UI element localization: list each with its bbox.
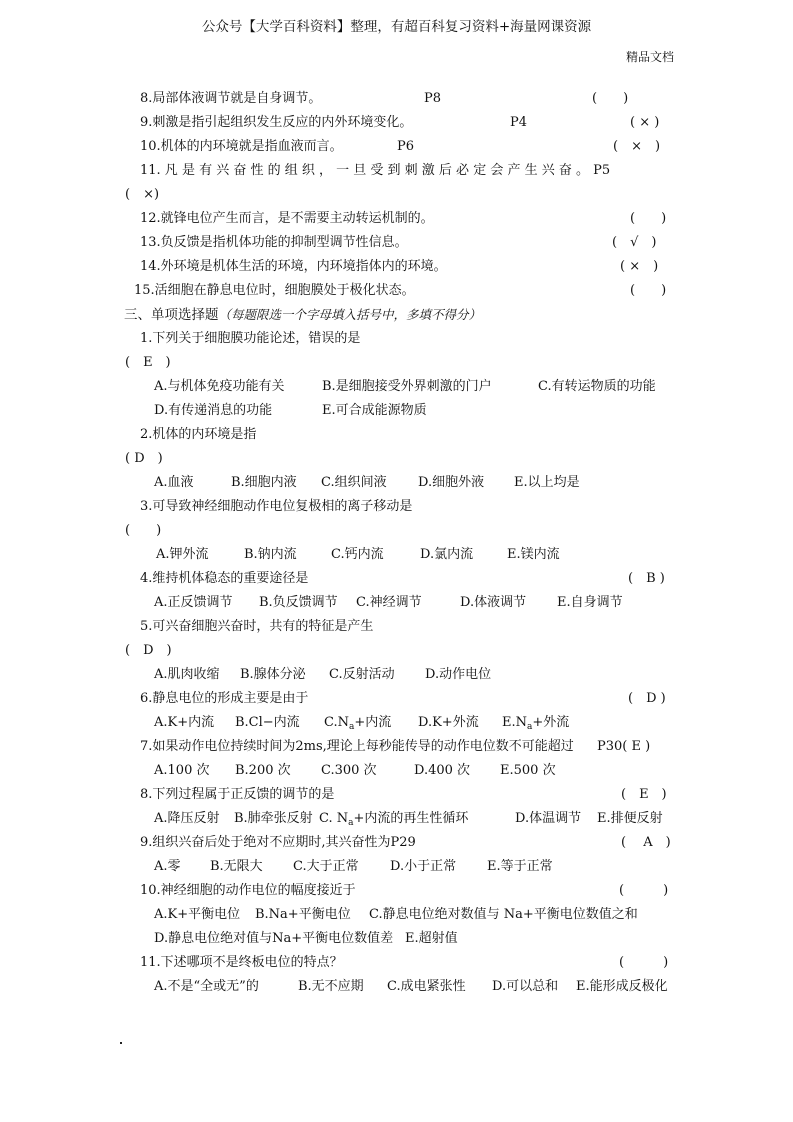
mc-q10-option-a: A.K+平衡电位 — [154, 907, 240, 923]
mc-q4-stem: 4.维持机体稳态的重要途径是 — [140, 571, 308, 587]
mc-q11-option-e: E.能形成反极化 — [576, 979, 668, 995]
mc-q7-stem: 7.如果动作电位持续时间为2ms,理论上每秒能传导的动作电位数不可能超过 — [140, 739, 574, 755]
mc-q4-option-e: E.自身调节 — [557, 595, 623, 611]
mc-q1-option-e: E.可合成能源物质 — [322, 403, 427, 419]
tf-item-15: 15.活细胞在静息电位时，细胞膜处于极化状态。 — [134, 283, 415, 299]
mc-q1-option-c: C.有转运物质的功能 — [538, 379, 656, 395]
mc-q10-option-c: C.静息电位绝对数值与 Na+平衡电位数值之和 — [369, 907, 638, 923]
tf-item-9: 9.刺激是指引起组织发生反应的内外环境变化。 — [140, 115, 412, 131]
mc-q6-option-d: D.K+外流 — [418, 715, 479, 731]
mc-q8-option-a: A.降压反射 — [154, 811, 220, 827]
mc-q8-option-b: B.肺牵张反射 — [234, 811, 313, 827]
mc-q7-option-c: C.300 次 — [321, 763, 377, 779]
mc-q5-answer: ( D ) — [125, 643, 172, 659]
header-banner: 公众号【大学百科资料】整理，有超百科复习资料+海量网课资源 — [0, 19, 793, 35]
mc-q2-option-b: B.细胞内液 — [231, 475, 297, 491]
mc-q7-option-a: A.100 次 — [154, 763, 209, 779]
mc-q7-answer: P30( E ) — [597, 739, 650, 755]
mc-q1-option-a: A.与机体免疫功能有关 — [154, 379, 285, 395]
mc-q10-option-d: D.静息电位绝对值与Na+平衡电位数值差 — [154, 931, 393, 947]
tf-item-9-ref: P4 — [510, 115, 527, 131]
mc-q6-option-a: A.K+内流 — [154, 715, 214, 731]
mc-q8-option-c: C. Na+内流的再生性循环 — [319, 811, 468, 827]
mc-q11-option-c: C.成电紧张性 — [387, 979, 466, 995]
mc-q3-option-b: B.钠内流 — [244, 547, 297, 563]
mc-q2-answer: ( D ) — [125, 451, 163, 467]
mc-q9-stem: 9.组织兴奋后处于绝对不应期时,其兴奋性为P29 — [140, 835, 416, 851]
mc-q5-stem: 5.可兴奋细胞兴奋时，共有的特征是产生 — [140, 619, 373, 635]
mc-q10-stem: 10.神经细胞的动作电位的幅度接近于 — [140, 883, 356, 899]
mc-q11-option-a: A.不是“全或无”的 — [154, 979, 259, 995]
mc-q4-answer: ( B ) — [628, 571, 665, 587]
mc-q3-option-a: A.钾外流 — [156, 547, 209, 563]
mc-q3-answer: ( ) — [125, 523, 161, 539]
mc-q9-option-e: E.等于正常 — [487, 859, 553, 875]
tf-item-12-answer: ( ) — [630, 211, 666, 227]
mc-q3-option-c: C.钙内流 — [331, 547, 384, 563]
tf-item-13: 13.负反馈是指机体功能的抑制型调节性信息。 — [140, 235, 408, 251]
mc-q2-stem: 2.机体的内环境是指 — [140, 427, 256, 443]
mc-q7-option-b: B.200 次 — [235, 763, 291, 779]
mc-q5-option-c: C.反射活动 — [329, 667, 395, 683]
mc-q9-option-a: A.零 — [154, 859, 181, 875]
mc-q5-option-b: B.腺体分泌 — [240, 667, 306, 683]
mc-q9-answer: ( A ) — [621, 835, 671, 851]
mc-q8-stem: 8.下列过程属于正反馈的调节的是 — [140, 787, 334, 803]
mc-q7-option-d: D.400 次 — [414, 763, 470, 779]
mc-q6-option-b: B.Cl−内流 — [235, 715, 300, 731]
mc-q2-option-a: A.血液 — [154, 475, 194, 491]
mc-q10-option-e: E.超射值 — [405, 931, 458, 947]
mc-q9-option-b: B.无限大 — [210, 859, 263, 875]
mc-q4-option-a: A.正反馈调节 — [154, 595, 233, 611]
tf-item-11: 11. 凡 是 有 兴 奋 性 的 组 织 ， 一 旦 受 到 刺 激 后 必 … — [140, 163, 673, 179]
mc-q3-option-e: E.镁内流 — [507, 547, 560, 563]
section-title: 三、单项选择题 — [124, 307, 219, 323]
mc-q6-stem: 6.静息电位的形成主要是由于 — [140, 691, 308, 707]
tf-item-8-ref: P8 — [424, 91, 441, 107]
mc-q8-answer: ( E ) — [621, 787, 667, 803]
mc-q10-option-b: B.Na+平衡电位 — [255, 907, 351, 923]
header-corner-label: 精品文档 — [626, 49, 674, 65]
tf-item-9-answer: ( × ) — [630, 115, 659, 131]
tf-item-8: 8.局部体液调节就是自身调节。 — [140, 91, 321, 107]
mc-q8-option-d: D.体温调节 — [515, 811, 581, 827]
tf-item-14-answer: ( × ) — [620, 259, 658, 275]
mc-q2-option-c: C.组织间液 — [321, 475, 387, 491]
mc-q5-option-a: A.肌肉收缩 — [154, 667, 220, 683]
tf-item-10-ref: P6 — [397, 139, 414, 155]
mc-q1-answer: ( E ) — [125, 355, 171, 371]
tf-item-11-answer: ( ×) — [125, 187, 159, 203]
mc-q1-option-b: B.是细胞接受外界刺激的门户 — [322, 379, 492, 395]
mc-q4-option-b: B.负反馈调节 — [259, 595, 338, 611]
tf-item-10: 10.机体的内环境就是指血液而言。 — [140, 139, 343, 155]
mc-q1-option-d: D.有传递消息的功能 — [154, 403, 272, 419]
section-heading: 三、单项选择题（每题限选一个字母填入括号中，多填不得分） — [124, 307, 481, 323]
mc-q10-answer: ( ) — [619, 883, 668, 899]
tf-item-12: 12.就锋电位产生而言，是不需要主动转运机制的。 — [140, 211, 434, 227]
tf-item-13-answer: ( √ ) — [612, 235, 656, 251]
page-dot — [120, 1042, 122, 1044]
mc-q11-option-b: B.无不应期 — [298, 979, 364, 995]
mc-q9-option-c: C.大于正常 — [293, 859, 359, 875]
mc-q3-option-d: D.氯内流 — [420, 547, 473, 563]
tf-item-10-answer: ( × ) — [613, 139, 660, 155]
mc-q9-option-d: D.小于正常 — [390, 859, 456, 875]
mc-q4-option-d: D.体液调节 — [460, 595, 526, 611]
mc-q5-option-d: D.动作电位 — [425, 667, 491, 683]
mc-q1-stem: 1.下列关于细胞膜功能论述，错误的是 — [140, 331, 360, 347]
mc-q4-option-c: C.神经调节 — [356, 595, 422, 611]
section-note: （每题限选一个字母填入括号中，多填不得分） — [219, 307, 482, 322]
mc-q8-option-e: E.排便反射 — [597, 811, 663, 827]
mc-q6-option-c: C.Na+内流 — [324, 715, 391, 731]
tf-item-14: 14.外环境是机体生活的环境，内环境指体内的环境。 — [140, 259, 447, 275]
mc-q11-answer: ( ) — [619, 955, 668, 971]
mc-q2-option-d: D.细胞外液 — [418, 475, 484, 491]
mc-q6-answer: ( D ) — [628, 691, 666, 707]
mc-q11-stem: 11.下述哪项不是终板电位的特点？ — [140, 955, 343, 971]
mc-q2-option-e: E.以上均是 — [514, 475, 580, 491]
mc-q11-option-d: D.可以总和 — [492, 979, 558, 995]
tf-item-8-answer: ( ) — [592, 91, 628, 107]
mc-q7-option-e: E.500 次 — [500, 763, 556, 779]
mc-q3-stem: 3.可导致神经细胞动作电位复极相的离子移动是 — [140, 499, 412, 515]
tf-item-15-answer: ( ) — [630, 283, 666, 299]
mc-q6-option-e: E.Na+外流 — [502, 715, 569, 731]
